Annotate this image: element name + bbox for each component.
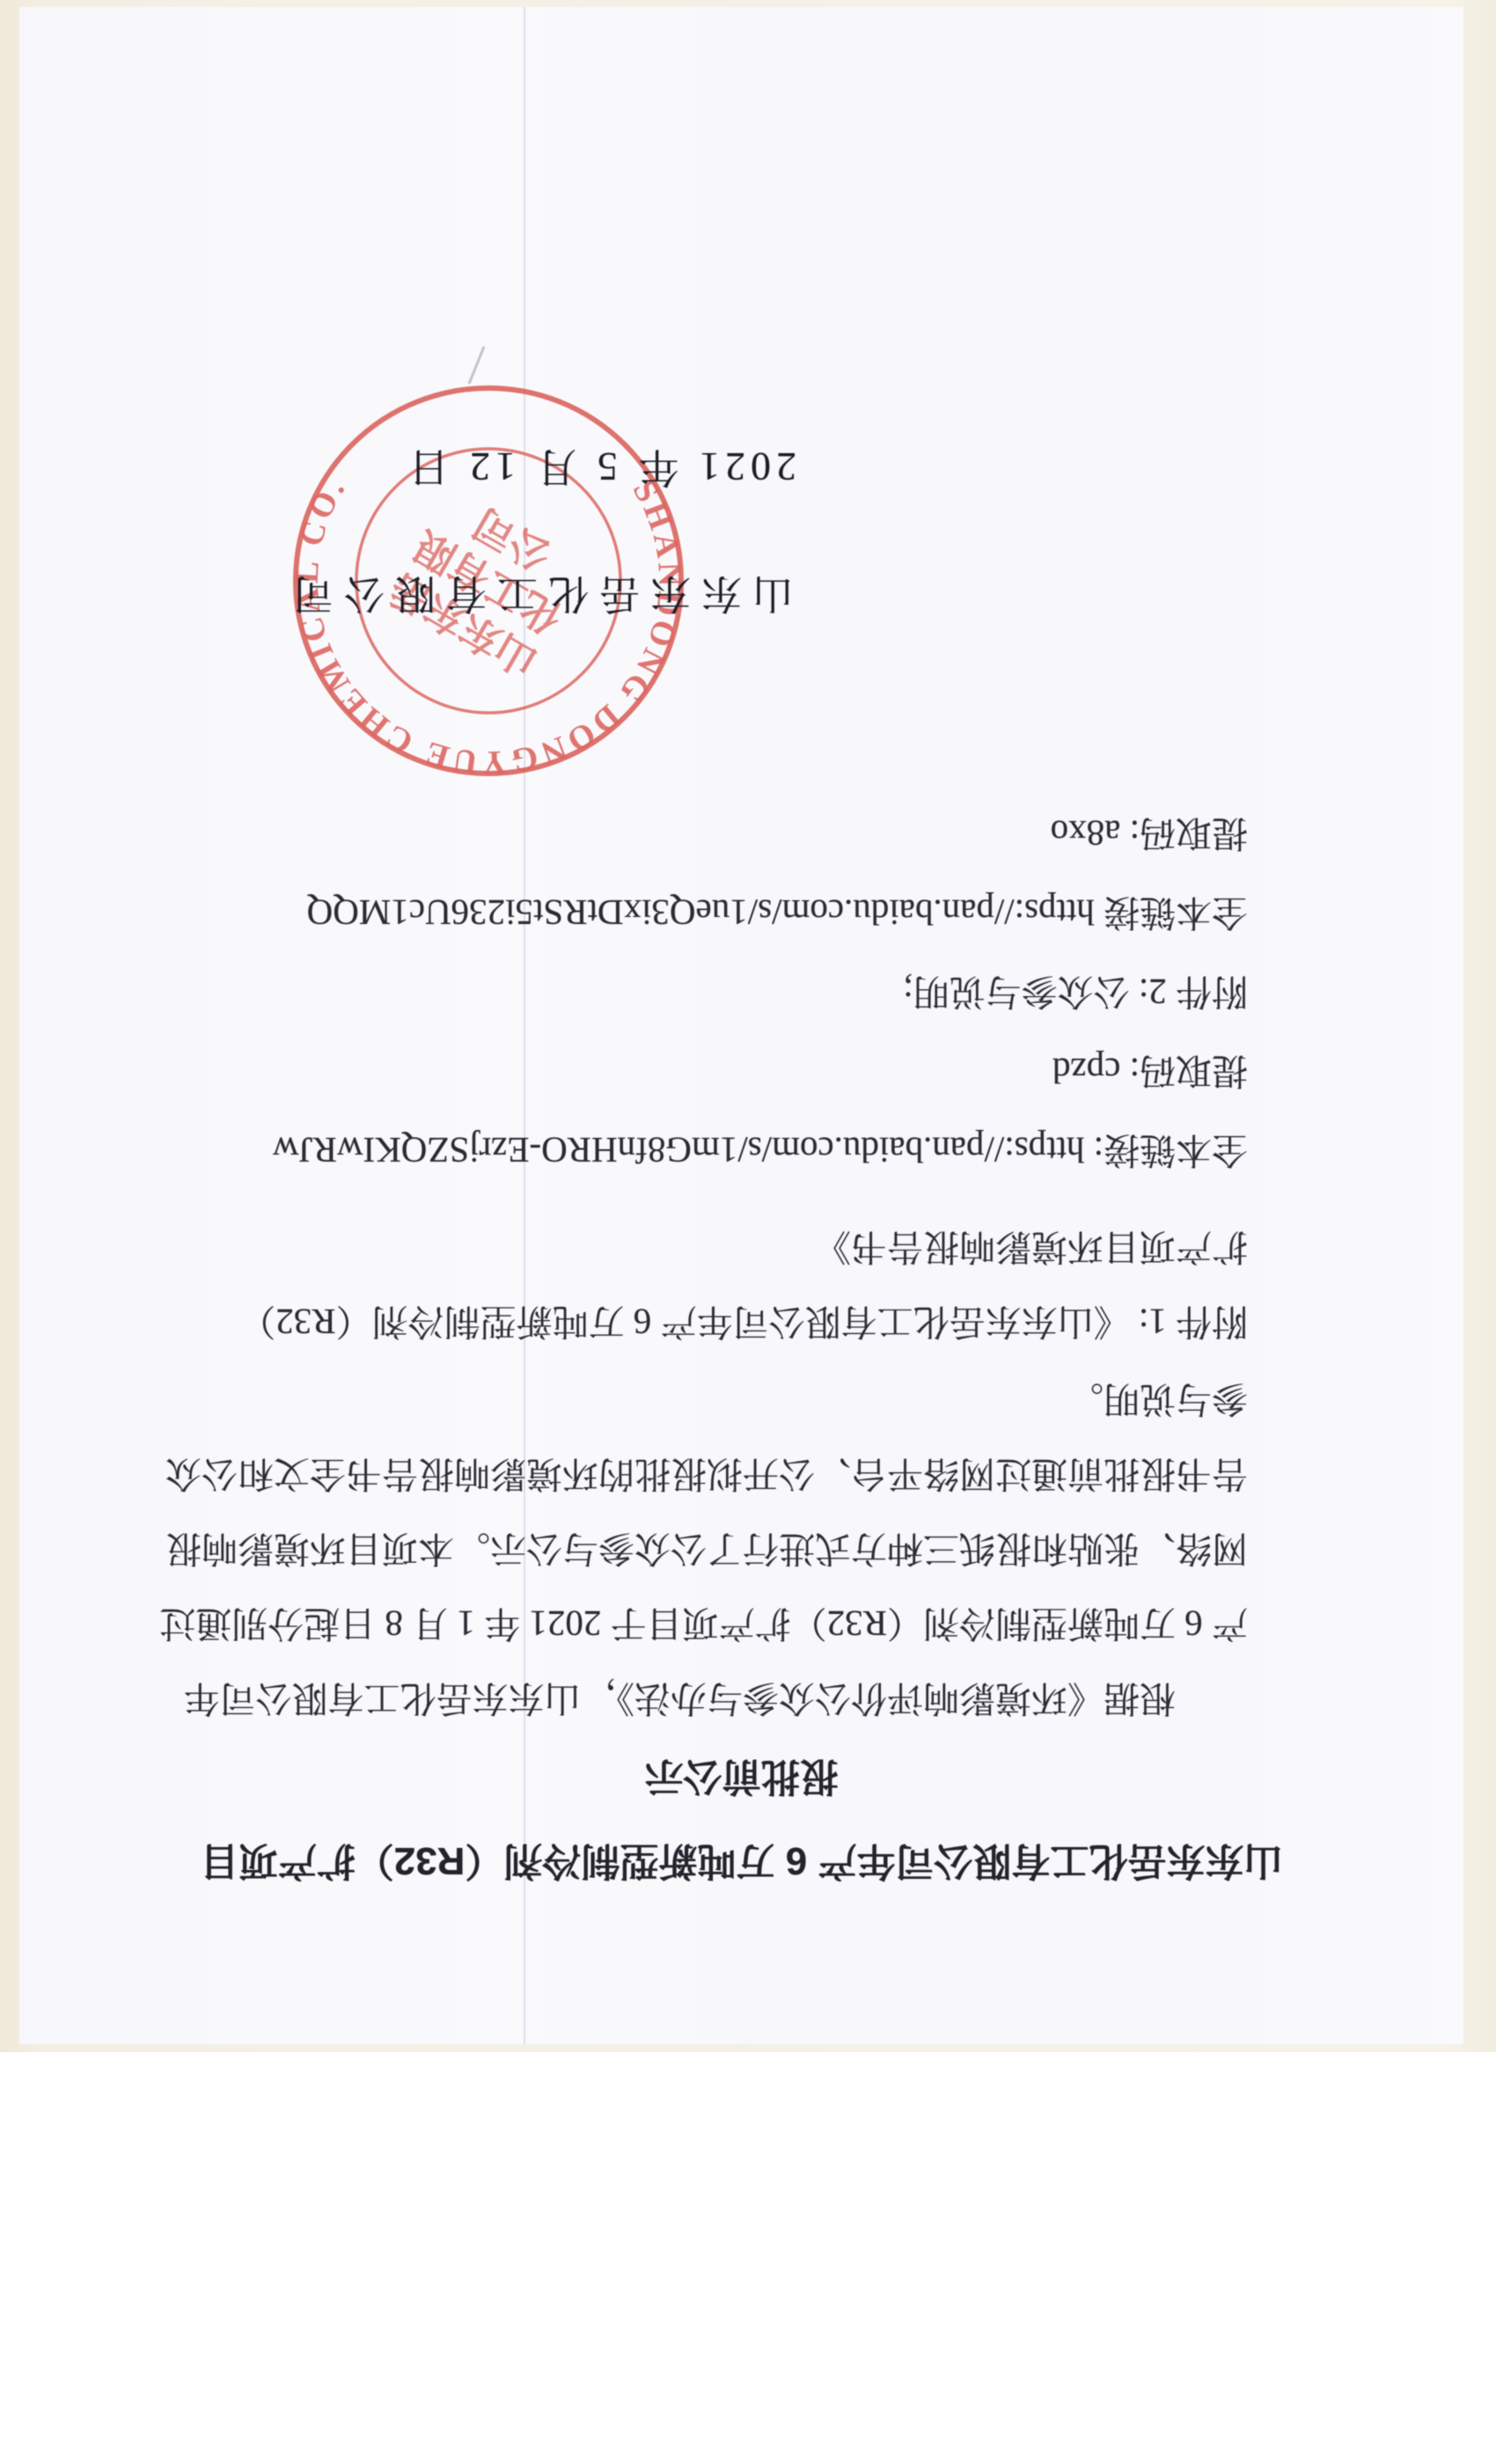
attachment1-code-value: cpzd [1052, 1051, 1120, 1091]
attachment2-code-label: 提取码: [1120, 813, 1248, 854]
attachment1-link-label: 全本链接: [1084, 1130, 1248, 1170]
signature-date: 2021 年 5 月 12 日 [404, 441, 797, 499]
paragraph-line: 告书报批前通过网络平台、公开拟报批的环境影响报告书全文和公众 [165, 1451, 1248, 1503]
scan-canvas: 山东东岳化工有限公司年产 6 万吨新型制冷剂（R32）扩产项目 报批前公示 根据… [0, 0, 1496, 2464]
doc-title: 山东东岳化工有限公司年产 6 万吨新型制冷剂（R32）扩产项目 [19, 1837, 1463, 1893]
attachment2-link-url: https://pan.baidu.com/s/1ueQ3ixDtRSt5i23… [307, 892, 1095, 933]
attachment2-code-line: 提取码: a8xo [1051, 810, 1248, 862]
paragraph-line: 产 6 万吨新型制冷剂（R32）扩产项目于 2021 年 1 月 8 日起分别通… [159, 1601, 1248, 1653]
attachment2-link-line: 全本链接 https://pan.baidu.com/s/1ueQ3ixDtRS… [307, 890, 1248, 942]
attachment1-link-url: https://pan.baidu.com/s/1mG8fnHRO-EzrjSZ… [273, 1130, 1084, 1170]
attachment1-link-line: 全本链接: https://pan.baidu.com/s/1mG8fnHRO-… [273, 1127, 1248, 1179]
attachment1-label-line2: 扩产项目环境影响报告书》 [815, 1224, 1248, 1276]
paragraph-line: 根据《环境影响评价公众参与办法》，山东东岳化工有限公司年 [184, 1676, 1249, 1727]
signature-company: 山东东岳化工有限公司 [282, 568, 793, 626]
attachment2-label: 附件 2: 公众参与说明; [903, 969, 1248, 1021]
paragraph-line: 参与说明。 [1067, 1376, 1248, 1428]
attachment2-code-value: a8xo [1051, 813, 1121, 854]
doc-subtitle: 报批前公示 [19, 1752, 1463, 1808]
paragraph-line: 网络、张贴和报纸三种方式进行了公众参与公示。本项目环境影响报 [165, 1526, 1248, 1578]
attachment1-code-label: 提取码: [1120, 1051, 1248, 1091]
attachment2-link-label: 全本链接 [1095, 892, 1248, 933]
paper-fold-line [524, 7, 525, 2044]
attachment1-code-line: 提取码: cpzd [1052, 1048, 1248, 1100]
scanned-page: 山东东岳化工有限公司年产 6 万吨新型制冷剂（R32）扩产项目 报批前公示 根据… [19, 7, 1463, 2044]
attachment1-label-line1: 附件 1: 《山东东岳化工有限公司年产 6 万吨新型制冷剂（R32） [239, 1299, 1248, 1351]
